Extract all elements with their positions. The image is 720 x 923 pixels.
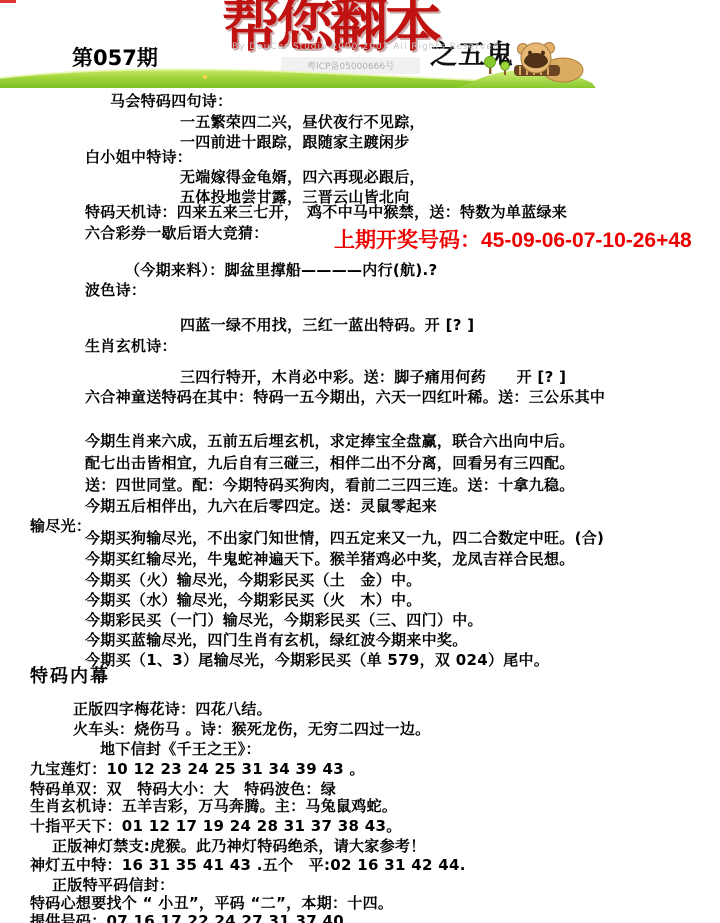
content-line: 正版神灯禁支:虎猴。此乃神灯特码绝杀，请大家参考！ bbox=[52, 837, 426, 855]
section-label-shujinguang: 输尽光： bbox=[30, 517, 91, 535]
content-line: 配七出击皆相宜，九后自有三碰三，相伴二出不分离，回看另有三四配。 bbox=[85, 454, 575, 472]
content-line: 今期彩民买（一门）输尽光，今期彩民买（三、四门）中。 bbox=[85, 611, 483, 629]
content-line: 波色诗： bbox=[85, 281, 146, 299]
content-line: 一四前进十跟踪，跟随家主踱闲步 bbox=[180, 133, 410, 151]
content-line: 特码心想要找个 “ 小丑”，平码 “二”，本期：十四。 bbox=[30, 894, 393, 912]
section-heading-neimu: 特码内幕 bbox=[30, 668, 110, 686]
content-line: 九宝莲灯：10 12 23 24 25 31 34 39 43 。 bbox=[30, 760, 365, 778]
content-line: 今期买（火）输尽光，今期彩民买（土 金）中。 bbox=[85, 571, 422, 589]
content-line: 特码单双：双 特码大小：大 特码波色：绿 bbox=[30, 780, 336, 798]
content-line: 今期买（1、3）尾输尽光，今期彩民买（单 579，双 024）尾中。 bbox=[85, 651, 549, 669]
content-line: 今期买（水）输尽光，今期彩民买（火 木）中。 bbox=[85, 591, 422, 609]
content-line: 提供号码：07 16 17 22 24 27 31 37 40。 bbox=[30, 912, 359, 923]
content-line: 六合彩券一歇后语大竞猜： bbox=[85, 224, 269, 242]
content-line: 今期买红输尽光，牛鬼蛇神遍天下。猴羊猪鸡必中奖，龙凤吉祥合民想。 bbox=[85, 550, 575, 568]
content-line: 火车头：烧伤马 。诗：猴死龙伤，无穷二四过一边。 bbox=[73, 720, 430, 738]
content-line: 十指平天下：01 12 17 19 24 28 31 37 38 43。 bbox=[30, 817, 402, 835]
content-line: 马会特码四句诗： bbox=[110, 92, 232, 110]
content-line: 特码天机诗：四来五来三七开， 鸡不中马中猴禁，送：特数为单蓝绿来 bbox=[85, 203, 567, 221]
flower-dot bbox=[203, 75, 207, 79]
content-line: 正版四字梅花诗：四花八结。 bbox=[73, 700, 272, 718]
lottery-tip-sheet: 第057期 帮您翻本 之五鬼 By DouCar Studio 2000-200… bbox=[0, 0, 720, 923]
content-line: 生肖玄机诗：五羊吉彩，万马奔腾。主：马兔鼠鸡蛇。 bbox=[30, 797, 397, 815]
content-line: （今期来料）：脚盆里撑船————内行(航).? bbox=[125, 261, 438, 279]
prev-draw-result: 上期开奖号码：45-09-06-07-10-26+48 bbox=[334, 224, 692, 254]
top-red-dash bbox=[0, 0, 16, 3]
grass-band bbox=[0, 69, 596, 88]
header-decoration bbox=[0, 36, 720, 90]
content-line: 今期买蓝输尽光，四门生肖有玄机，绿红波今期来中奖。 bbox=[85, 631, 468, 649]
prev-draw-numbers: 45-09-06-07-10-26+48 bbox=[481, 229, 692, 252]
content-line: 白小姐中特诗： bbox=[85, 148, 192, 166]
content-line: 今期买狗输尽光，不出家门知世情，四五定来又一九，四二合数定中旺。(合) bbox=[85, 529, 604, 547]
content-line: 今期生肖来六成，五前五后埋玄机，求定捧宝全盘赢，联合六出向中后。 bbox=[85, 432, 575, 450]
content-line: 无端嫁得金龟婿，四六再现必跟后， bbox=[180, 168, 425, 186]
content-line: 神灯五中特：16 31 35 41 43 .五个 平:02 16 31 42 4… bbox=[30, 856, 466, 874]
tree-icon bbox=[485, 57, 510, 76]
prev-draw-label: 上期开奖号码： bbox=[334, 229, 481, 252]
content-line: 今期五后相伴出，九六在后零四定。送：灵鼠零起来 bbox=[85, 497, 437, 515]
content-line: 一五繁荣四二兴，昼伏夜行不见踪， bbox=[180, 113, 425, 131]
content-line: 六合神童送特码在其中：特码一五今期出，六天一四红叶稀。送：三公乐其中 bbox=[85, 388, 605, 406]
content-line: 地下信封《千王之王》： bbox=[100, 740, 261, 758]
content-line: 四蓝一绿不用找，三红一蓝出特码。开 [? ] bbox=[180, 316, 474, 334]
content-line: 生肖玄机诗： bbox=[85, 337, 177, 355]
content-line: 三四行特开，木肖必中彩。送：脚子痛用何药 开 [? ] bbox=[180, 368, 566, 386]
content-line: 正版特平码信封： bbox=[52, 876, 174, 894]
content-line: 送：四世同堂。配：今期特码买狗肉，看前二三四三连。送：十拿九稳。 bbox=[85, 476, 575, 494]
